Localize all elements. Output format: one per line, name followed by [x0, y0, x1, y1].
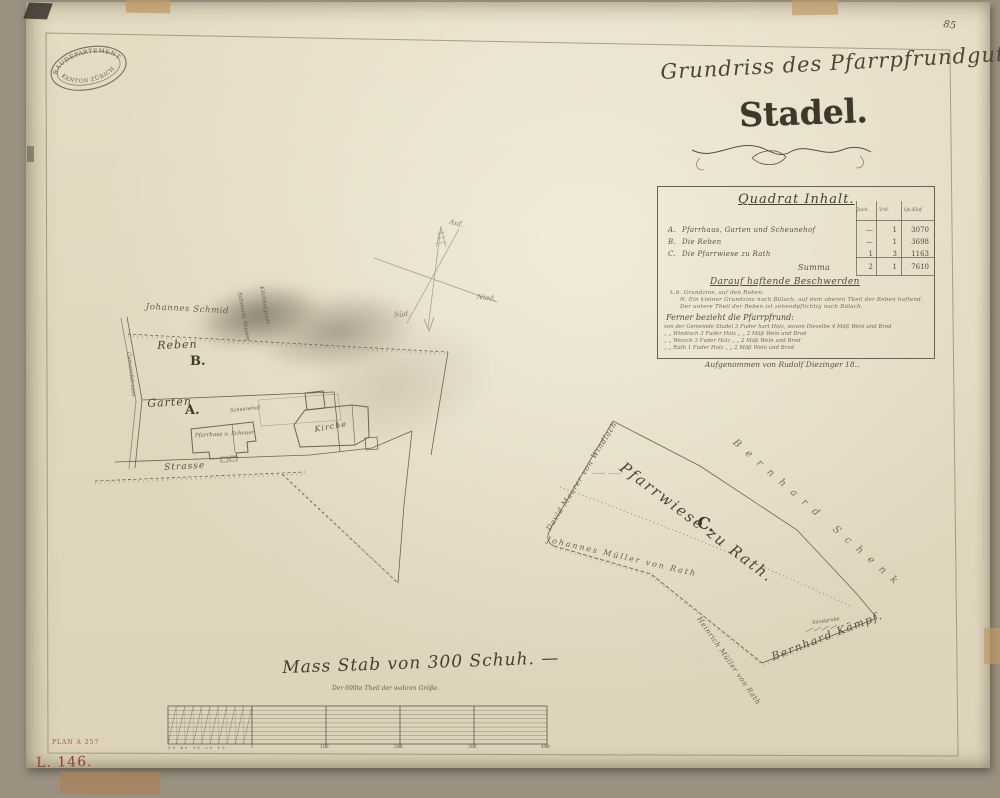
- ferner-heading: Ferner bezieht die Pfarrpfrund:: [666, 314, 794, 322]
- compass-rose: [374, 226, 497, 331]
- tape-top-left: [126, 0, 170, 13]
- delivery-line: von der Gemeinde Stadel 3 Fuder hart Hol…: [664, 325, 892, 330]
- row-label: Pfarrhaus, Garten und Scheunehof: [682, 226, 815, 234]
- row-vrtl: 1: [878, 238, 897, 246]
- scale-subtitle: Der 600te Theil der wahren Größe.: [332, 686, 439, 692]
- row-klaf: 1163: [903, 250, 929, 258]
- scale-bar: [168, 706, 547, 748]
- burden-line: Der untere Theil der Reben ist zehendpfl…: [680, 305, 863, 311]
- area-table-heading: Quadrat Inhalt.: [738, 193, 855, 206]
- surveyor-note: Aufgenommen von Rudolf Diezinger 18..: [705, 361, 859, 369]
- title-flourish: [692, 145, 871, 170]
- tape-top-right: [792, 0, 838, 15]
- row-juch: 1: [857, 250, 873, 258]
- row-klaf: 3070: [903, 226, 929, 234]
- row-key: C.: [668, 250, 676, 258]
- inventory-number: L. 146.: [36, 755, 93, 770]
- scale-major-200: 200: [394, 746, 403, 751]
- row-label: Die Pfarrwiese zu Rath: [682, 250, 771, 258]
- row-juch: —: [857, 238, 873, 246]
- delivery-line: „ „ Weiach 3 Fuder Holz „ „ 2 Mäß Wein u…: [664, 339, 801, 344]
- parcel-b-name: Reben: [157, 339, 198, 351]
- parcel-b-key: B.: [190, 355, 206, 368]
- compass-label-south: Süd.: [394, 311, 411, 319]
- delivery-line: „ „ Rath 1 Fuder Holz „ „ 2 Mäß Wein und…: [664, 346, 794, 351]
- row-vrtl: 1: [878, 226, 897, 234]
- row-key: A.: [668, 226, 676, 234]
- parcel-a-key: A.: [185, 404, 200, 417]
- summa-label: Summa: [798, 263, 830, 272]
- delivery-line: „ „ Windlach 3 Fuder Holz „ „ 2 Mäß Wein…: [664, 332, 807, 337]
- burden-line: N. Ein kleiner Grundzins nach Bülach, au…: [680, 298, 923, 304]
- village-parcels: [95, 317, 448, 584]
- svg-text:KANTON ZÜRICH: KANTON ZÜRICH: [59, 62, 118, 89]
- summa-vrtl: 1: [878, 263, 897, 271]
- summa-juch: 2: [857, 263, 873, 271]
- area-table: Quadrat Inhalt. Juch. Vrtl. Qu.Klaf. A. …: [657, 186, 935, 359]
- tape-right-edge: [984, 628, 1000, 664]
- burden-line: L.b. Grundzins, auf den Reben.: [670, 291, 764, 297]
- scale-major-100: 100: [320, 746, 329, 751]
- summa-klaf: 7610: [903, 263, 929, 271]
- scanned-map-page: BAUDEPARTEMENT KANTON ZÜRICH 85 Grundris…: [0, 0, 1000, 798]
- row-klaf: 3698: [903, 238, 929, 246]
- burdens-heading: Darauf haftende Beschwerden: [710, 278, 860, 287]
- stamp-bottom-text: KANTON ZÜRICH: [59, 62, 118, 89]
- col-header-klaf: Qu.Klaf.: [904, 209, 923, 214]
- row-key: B.: [668, 238, 676, 246]
- row-vrtl: 3: [878, 250, 897, 258]
- plan-number-stamp: PLAN A 257: [52, 740, 99, 746]
- col-header-vrtl: Vrtl.: [879, 209, 889, 214]
- scale-sub-numbers: 50 40 30 20 10: [168, 746, 227, 750]
- row-juch: —: [857, 226, 873, 234]
- edge-mark: [27, 146, 34, 162]
- col-header-juch: Juch.: [857, 209, 869, 214]
- scale-major-300: 300: [468, 746, 477, 751]
- row-label: Die Reben: [682, 238, 721, 246]
- page-number: 85: [943, 20, 957, 32]
- scale-major-400: 400: [541, 746, 550, 751]
- tape-bottom-left: [60, 772, 160, 795]
